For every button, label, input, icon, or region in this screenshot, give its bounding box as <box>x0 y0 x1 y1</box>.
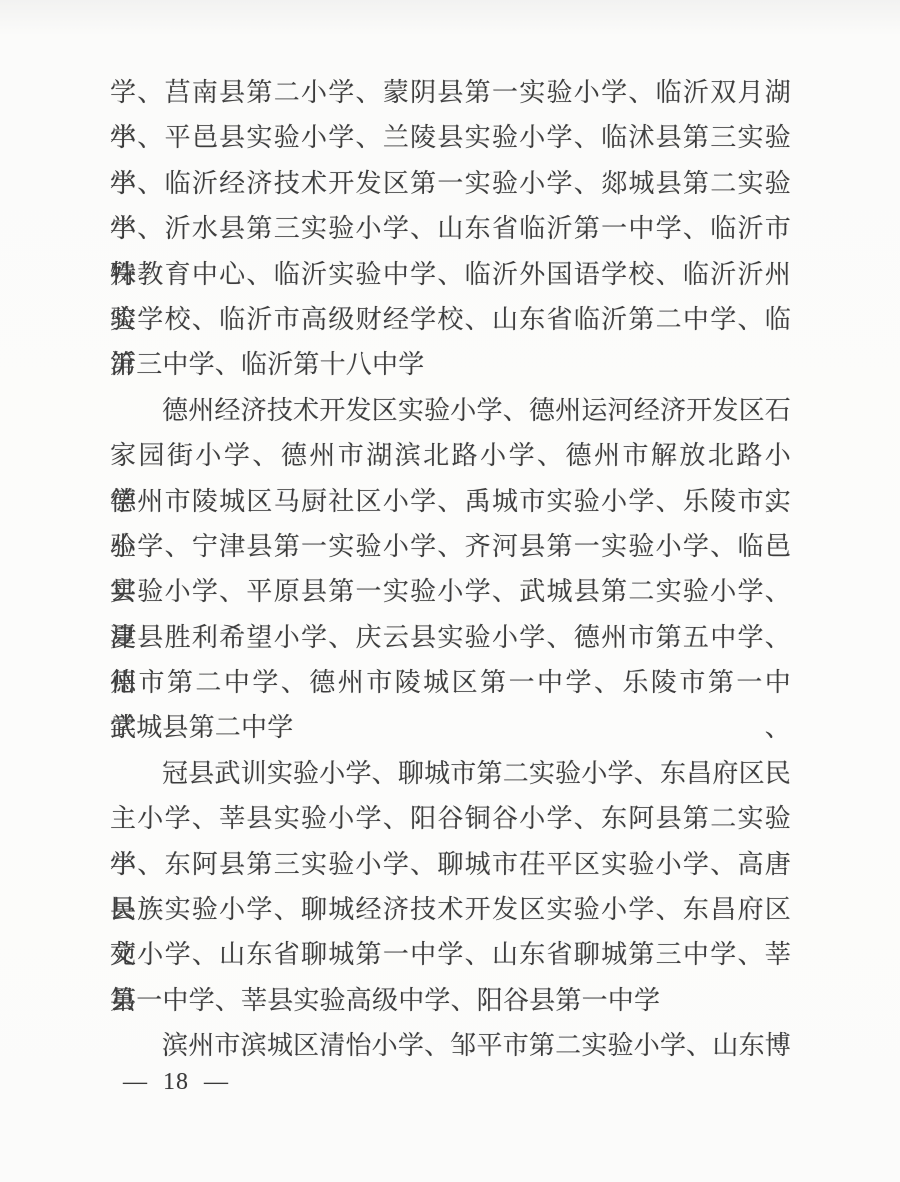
document-page: 学、莒南县第二小学、蒙阴县第一实验小学、临沂双月湖小学、平邑县实验小学、兰陵县实… <box>0 0 900 1182</box>
text-line: 小学、宁津县第一实验小学、齐河县第一实验小学、临邑县 <box>110 524 791 569</box>
paragraph-1: 学、莒南县第二小学、蒙阴县第一实验小学、临沂双月湖小学、平邑县实验小学、兰陵县实… <box>110 70 791 388</box>
text-line: 滨州市滨城区清怡小学、邹平市第二实验小学、山东博 <box>110 1023 791 1068</box>
paragraph-2: 德州经济技术开发区实验小学、德州运河经济开发区石家园街小学、德州市湖滨北路小学、… <box>110 388 791 751</box>
text-line: 学、临沂经济技术开发区第一实验小学、郯城县第二实验小 <box>110 161 791 206</box>
text-line: 民族实验小学、聊城经济技术开发区实验小学、东昌府区文 <box>110 887 791 932</box>
text-line: 学、平邑县实验小学、兰陵县实验小学、临沭县第三实验小 <box>110 115 791 160</box>
text-line: 第三中学、临沂第十八中学 <box>110 342 791 387</box>
text-line: 德州经济技术开发区实验小学、德州运河经济开发区石 <box>110 388 791 433</box>
text-line: 冠县武训实验小学、聊城市第二实验小学、东昌府区民 <box>110 751 791 796</box>
text-line: 殊教育中心、临沂实验中学、临沂外国语学校、临沂沂州实 <box>110 252 791 297</box>
text-line: 实验小学、平原县第一实验小学、武城县第二实验小学、夏 <box>110 569 791 614</box>
text-line: 州市第二中学、德州市陵城区第一中学、乐陵市第一中学、 <box>110 660 791 705</box>
paragraph-3: 冠县武训实验小学、聊城市第二实验小学、东昌府区民主小学、莘县实验小学、阳谷铜谷小… <box>110 751 791 1023</box>
text-line: 津县胜利希望小学、庆云县实验小学、德州市第五中学、德 <box>110 615 791 660</box>
text-line: 主小学、莘县实验小学、阳谷铜谷小学、东阿县第二实验小 <box>110 796 791 841</box>
text-line: 学、东阿县第三实验小学、聊城市茌平区实验小学、高唐县 <box>110 842 791 887</box>
paragraph-4: 滨州市滨城区清怡小学、邹平市第二实验小学、山东博 <box>110 1023 791 1068</box>
text-line: 家园街小学、德州市湖滨北路小学、德州市解放北路小学、 <box>110 433 791 478</box>
text-line: 学、莒南县第二小学、蒙阴县第一实验小学、临沂双月湖小 <box>110 70 791 115</box>
text-line: 德州市陵城区马厨社区小学、禹城市实验小学、乐陵市实验 <box>110 479 791 524</box>
text-line: 验学校、临沂市高级财经学校、山东省临沂第二中学、临沂 <box>110 297 791 342</box>
text-line: 苑小学、山东省聊城第一中学、山东省聊城第三中学、莘县 <box>110 932 791 977</box>
school-list-text: 学、莒南县第二小学、蒙阴县第一实验小学、临沂双月湖小学、平邑县实验小学、兰陵县实… <box>110 70 791 1069</box>
page-number: — 18 — <box>123 1069 229 1096</box>
text-line: 第一中学、莘县实验高级中学、阳谷县第一中学 <box>110 978 791 1023</box>
text-line: 学、沂水县第三实验小学、山东省临沂第一中学、临沂市特 <box>110 206 791 251</box>
